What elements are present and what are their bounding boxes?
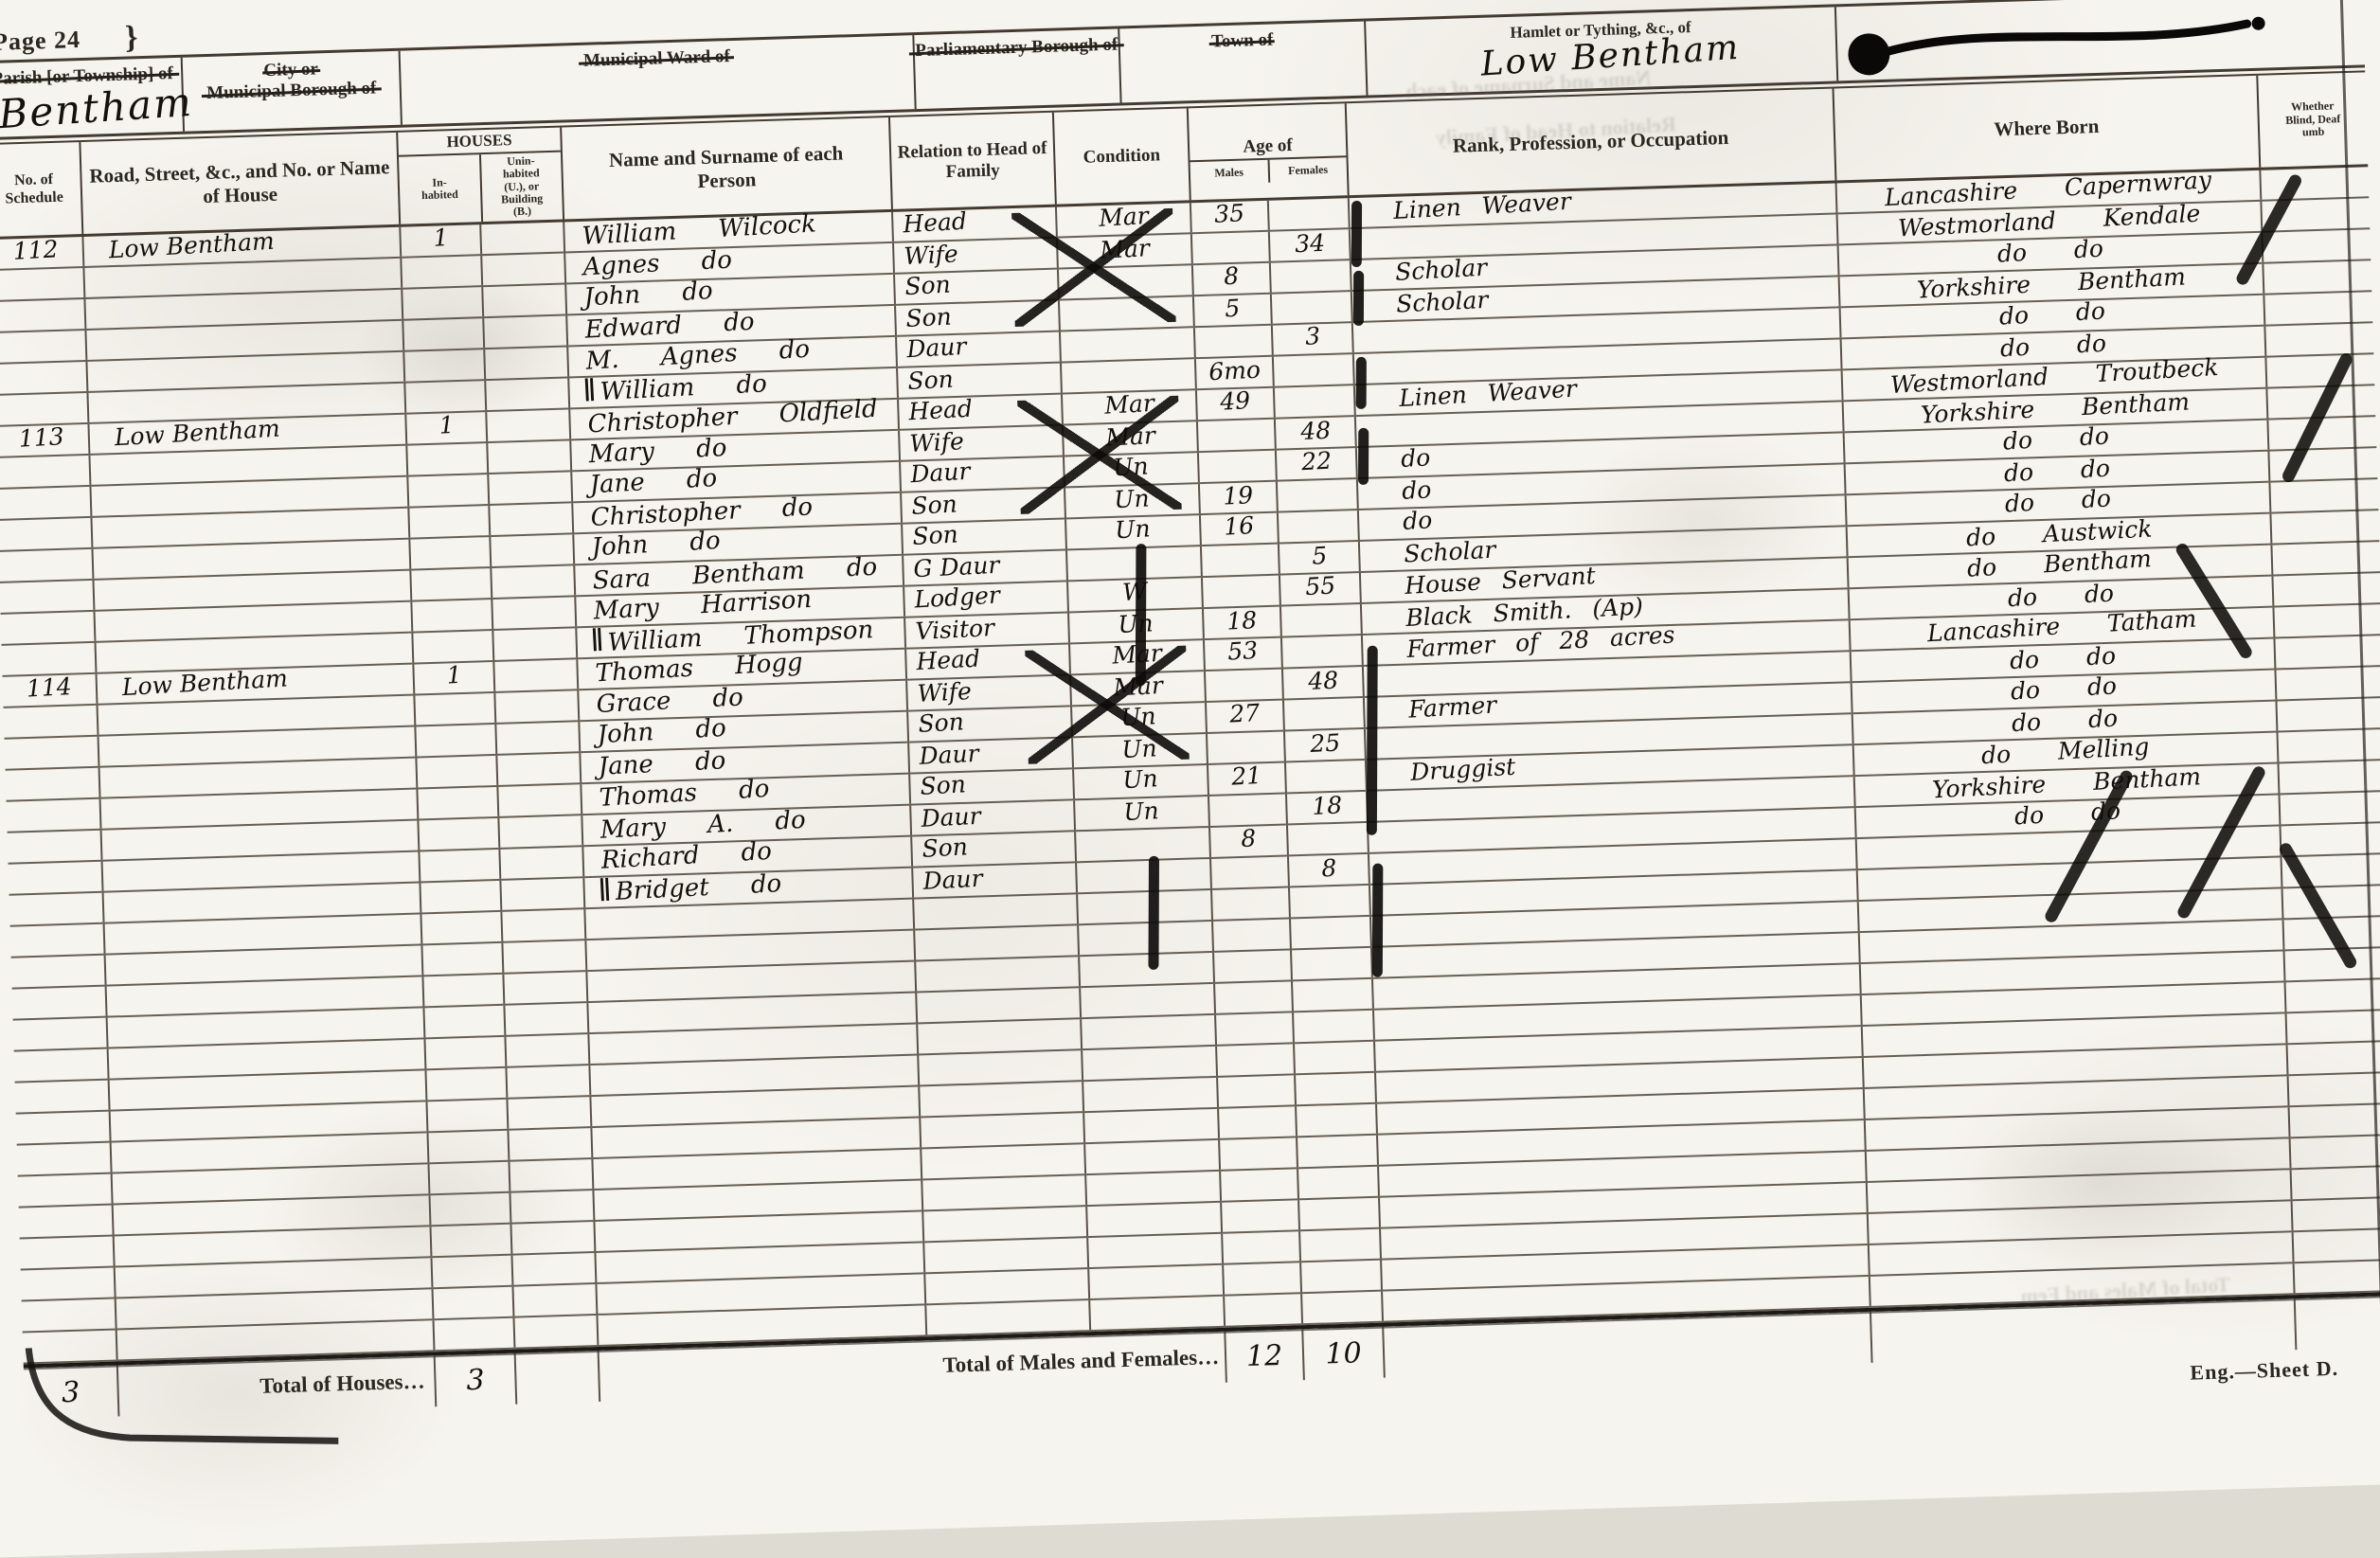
schedule-header-line2: Schedule xyxy=(5,188,63,207)
ink-tick-mark xyxy=(1358,428,1369,485)
col-header-females: Females xyxy=(1269,158,1347,183)
cell-relation: Daur xyxy=(921,802,981,833)
col-header-schedule: No. of Schedule xyxy=(0,142,83,237)
cell-occupation: Druggist xyxy=(1409,753,1515,787)
cell-relation: Son xyxy=(918,707,965,739)
col-header-occupation: Rank, Profession, or Occupation xyxy=(1347,88,1837,195)
cell-inhabited: 1 xyxy=(445,661,462,690)
city-borough-field: City or Municipal Borough of xyxy=(183,51,403,132)
cell-relation: Daur xyxy=(906,332,968,364)
cell-relation: Son xyxy=(904,271,952,302)
census-sheet: Page 24 } Parish [or Township] of Bentha… xyxy=(0,0,2380,1426)
cell-relation: Daur xyxy=(919,740,979,771)
cell-age-female: 18 xyxy=(1311,791,1342,821)
schedule-header-line1: No. of xyxy=(14,171,53,190)
cell-person-name: Jane do xyxy=(589,464,718,499)
cell-age-male: 35 xyxy=(1213,199,1244,229)
town-label: Town of xyxy=(1211,30,1274,53)
col-header-condition: Condition xyxy=(1054,108,1191,204)
cell-relation: Daur xyxy=(922,865,983,896)
cell-relation: Daur xyxy=(910,457,972,489)
enumerator-mark: ∥ xyxy=(598,876,612,905)
ink-tick-mark xyxy=(1372,864,1384,977)
cell-where-born: do do xyxy=(2007,580,2114,614)
ink-blot xyxy=(1839,0,2335,110)
ink-tick-mark xyxy=(1148,856,1159,970)
uninhabited-line5: (B.) xyxy=(513,206,531,219)
cell-relation: Head xyxy=(908,395,974,427)
cell-age-female: 3 xyxy=(1304,322,1321,351)
cell-occupation: do xyxy=(1402,506,1433,536)
col-header-houses-group: HOUSES In- habited Unin- habited (U.), o… xyxy=(398,128,564,224)
page-edge-curve xyxy=(23,1338,338,1426)
cell-relation: Son xyxy=(922,833,969,864)
cell-person-name: John do xyxy=(591,527,722,562)
ink-tick-mark xyxy=(1136,544,1147,686)
cell-condition: Un xyxy=(1123,797,1160,827)
cell-where-born: do do xyxy=(2003,455,2110,489)
cell-age-female: 25 xyxy=(1309,728,1340,759)
cell-age-female: 22 xyxy=(1300,447,1332,477)
sheet-imprint: Eng.—Sheet D. xyxy=(2190,1356,2338,1386)
enumerator-mark: ∥ xyxy=(582,376,597,405)
col-header-relation: Relation to Head of Family xyxy=(890,113,1057,209)
ink-x-mark xyxy=(1011,208,1176,327)
cell-age-female: 48 xyxy=(1307,666,1338,696)
ink-tick-mark xyxy=(1351,201,1362,267)
town-field: Town of xyxy=(1119,22,1368,103)
cell-relation: G Daur xyxy=(913,551,1000,583)
cell-age-female: 8 xyxy=(1320,854,1336,884)
cell-age-female: 34 xyxy=(1294,229,1325,260)
cell-condition: Un xyxy=(1115,514,1152,545)
page-number-label: Page 24 xyxy=(0,26,81,57)
cell-relation: Son xyxy=(912,520,959,551)
cell-age-male: 16 xyxy=(1224,511,1255,542)
cell-relation: Head xyxy=(916,644,981,676)
cell-where-born: do do xyxy=(2010,672,2118,706)
cell-where-born: do do xyxy=(2004,484,2112,518)
cell-relation: Son xyxy=(907,366,955,396)
scanned-census-page: Page 24 } Parish [or Township] of Bentha… xyxy=(0,0,2380,1426)
col-header-road: Road, Street, &c., and No. or Name of Ho… xyxy=(81,133,401,234)
cell-where-born: do do xyxy=(1998,297,2106,331)
cell-occupation: Scholar xyxy=(1404,536,1497,569)
ink-tick-mark xyxy=(1367,646,1378,835)
cell-age-male: 8 xyxy=(1241,824,1258,853)
cell-where-born: do do xyxy=(1999,330,2106,364)
houses-subheaders: In- habited Unin- habited (U.), or Build… xyxy=(399,152,563,224)
ink-x-mark xyxy=(1017,396,1182,514)
cell-where-born: do do xyxy=(2009,642,2116,676)
city-label-line1: City or xyxy=(263,59,318,81)
cell-relation: Son xyxy=(905,303,953,333)
cell-person-name: John do xyxy=(583,277,714,312)
ink-tick-mark xyxy=(1356,357,1367,409)
cell-age-male: 8 xyxy=(1223,262,1240,292)
cell-person-name: John do xyxy=(597,714,727,749)
deaf-word: Deaf xyxy=(2317,112,2340,126)
cell-condition: Un xyxy=(1122,764,1159,795)
cell-schedule-number: 113 xyxy=(18,422,64,454)
col-header-name: Name and Surname of each Person xyxy=(562,117,893,220)
cell-relation: Son xyxy=(920,770,967,801)
col-header-uninhabited: Unin- habited (U.), or Building (B.) xyxy=(480,152,563,222)
cell-inhabited: 1 xyxy=(438,411,455,440)
cell-occupation: Farmer xyxy=(1407,691,1496,725)
cell-relation: Son xyxy=(911,491,958,521)
total-females-value: 10 xyxy=(1325,1336,1362,1370)
cell-where-born: do do xyxy=(1996,235,2104,269)
cell-age-male: 27 xyxy=(1229,699,1261,729)
rows: 112 Low Bentham 1 William Wilcock Head M… xyxy=(0,167,2380,1364)
parliamentary-label: Parliamentary Borough of xyxy=(915,35,1118,63)
ink-x-mark xyxy=(1025,646,1190,764)
total-males-females-label: Total of Males and Females… xyxy=(942,1345,1219,1378)
cell-age-male: 18 xyxy=(1226,606,1258,636)
cell-age-male: 49 xyxy=(1220,386,1251,417)
cell-relation: Wife xyxy=(904,240,959,271)
age-group-title: Age of xyxy=(1189,118,1346,161)
cell-age-male: 5 xyxy=(1225,295,1241,324)
cell-age-male: 19 xyxy=(1223,481,1254,511)
total-males-value: 12 xyxy=(1245,1338,1282,1372)
cell-age-female: 55 xyxy=(1304,571,1335,601)
age-subheaders: Males Females xyxy=(1190,156,1348,186)
col-header-age-group: Age of Males Females xyxy=(1189,103,1350,200)
cell-inhabited: 1 xyxy=(432,224,449,253)
cell-relation: Wife xyxy=(909,427,965,458)
cell-age-female: 5 xyxy=(1311,542,1327,571)
cell-where-born: do do xyxy=(2002,421,2110,456)
cell-relation: Head xyxy=(903,207,968,240)
brace-glyph: } xyxy=(124,20,138,56)
col-header-inhabited: In- habited xyxy=(399,154,483,224)
blind-header-line3: umb xyxy=(2302,126,2325,140)
cell-age-male: 21 xyxy=(1231,761,1262,792)
blind-word: Blind, xyxy=(2285,113,2315,127)
parish-field: Parish [or Township] of Bentham xyxy=(0,58,185,137)
cell-occupation: Scholar xyxy=(1394,254,1488,287)
cell-age-male: 6mo xyxy=(1208,356,1261,387)
cell-schedule-number: 114 xyxy=(26,672,72,704)
cell-relation: Visitor xyxy=(915,614,995,646)
parliamentary-borough-field: Parliamentary Borough of xyxy=(914,28,1121,109)
cell-age-male: 53 xyxy=(1227,636,1259,667)
cell-schedule-number: 112 xyxy=(12,235,59,266)
ward-label: Municipal Ward of xyxy=(583,46,730,72)
city-label-line2: Municipal Borough of xyxy=(206,78,377,103)
inhabited-line2: habited xyxy=(421,188,458,202)
cell-occupation: do xyxy=(1402,475,1433,506)
municipal-ward-field: Municipal Ward of xyxy=(401,35,917,125)
col-header-males: Males xyxy=(1190,160,1270,186)
cell-occupation: Scholar xyxy=(1395,286,1489,319)
cell-relation: Wife xyxy=(917,677,973,708)
cell-where-born: do do xyxy=(2011,705,2118,739)
enumerator-mark: ∥ xyxy=(590,626,604,655)
cell-person-name: Jane do xyxy=(598,746,726,781)
cell-relation: Lodger xyxy=(914,582,1001,615)
total-houses-value: 3 xyxy=(466,1363,485,1397)
cell-age-female: 48 xyxy=(1299,417,1331,447)
ink-tick-mark xyxy=(1353,271,1364,326)
cell-occupation: do xyxy=(1400,443,1431,474)
